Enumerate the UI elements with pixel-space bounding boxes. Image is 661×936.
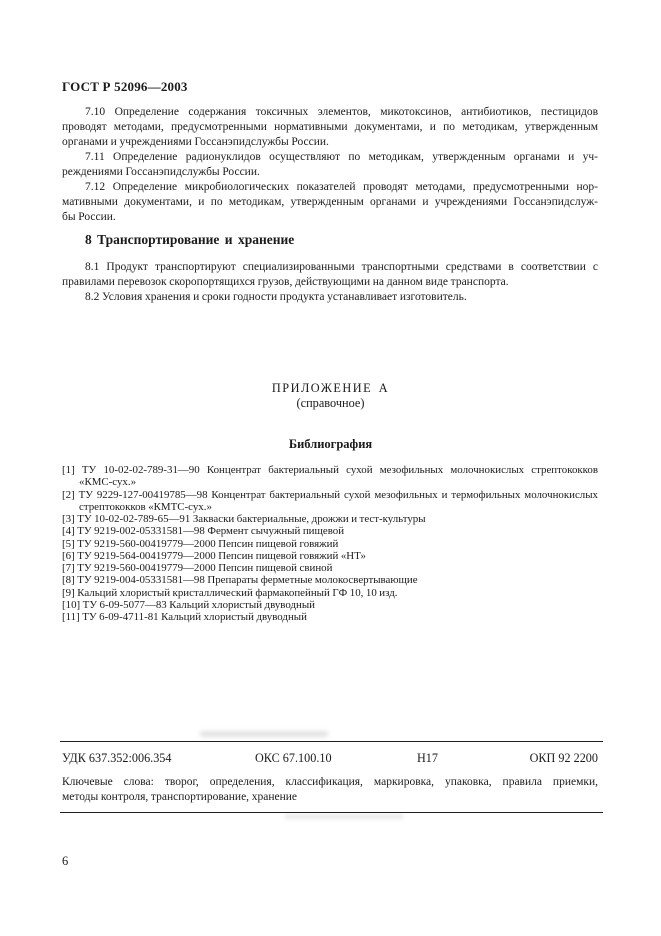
text-line: органами и учреждениями Госсанэпидслужбы… bbox=[62, 135, 598, 150]
clause-paragraph: 7.11 Определение радионуклидов осуществл… bbox=[62, 150, 598, 180]
bibliography-item: [7] ТУ 9219-560-00419779—2000 Пепсин пищ… bbox=[62, 562, 598, 574]
text-line: [8] ТУ 9219-004-05331581—98 Препараты фе… bbox=[62, 574, 598, 586]
section-8-heading: 8 Транспортирование и хранение bbox=[85, 232, 294, 248]
text-line: правилами перевозок скоропортящихся груз… bbox=[62, 275, 598, 290]
clause-paragraph: 8.1 Продукт транспортируют специализиров… bbox=[62, 260, 598, 290]
bibliography-title: Библиография bbox=[0, 437, 661, 452]
bibliography-item: [8] ТУ 9219-004-05331581—98 Препараты фе… bbox=[62, 574, 598, 586]
scan-bleed-artifact bbox=[200, 731, 328, 737]
oks-code: ОКС 67.100.10 bbox=[255, 751, 332, 766]
keywords-paragraph: Ключевые слова: творог, определения, кла… bbox=[62, 775, 598, 805]
clause-7-paragraphs: 7.10 Определение содержания токсичных эл… bbox=[62, 105, 598, 225]
bibliography-item: [3] ТУ 10-02-02-789-65—91 Закваски бакте… bbox=[62, 513, 598, 525]
text-line: Ключевые слова: творог, определения, кла… bbox=[62, 775, 598, 790]
bibliography-list: [1] ТУ 10-02-02-789-31—90 Концентрат бак… bbox=[62, 464, 598, 623]
text-line: [4] ТУ 9219-002-05331581—98 Фермент сычу… bbox=[62, 525, 598, 537]
clause-paragraph: 7.10 Определение содержания токсичных эл… bbox=[62, 105, 598, 150]
bibliography-item: [2] ТУ 9229-127-00419785—98 Концентрат б… bbox=[62, 489, 598, 514]
text-line: мативными документами, и по методикам, у… bbox=[62, 195, 598, 210]
udk-code: УДК 637.352:006.354 bbox=[62, 751, 172, 766]
text-line: [9] Кальций хлористый кристаллический фа… bbox=[62, 587, 598, 599]
bibliography-item: [1] ТУ 10-02-02-789-31—90 Концентрат бак… bbox=[62, 464, 598, 489]
text-line: 7.10 Определение содержания токсичных эл… bbox=[62, 105, 598, 120]
clause-8-paragraphs: 8.1 Продукт транспортируют специализиров… bbox=[62, 260, 598, 305]
keywords-block: Ключевые слова: творог, определения, кла… bbox=[62, 775, 598, 805]
text-line: [10] ТУ 6-09-5077—83 Кальций хлористый д… bbox=[62, 599, 598, 611]
text-line: бы России. bbox=[62, 210, 598, 225]
text-line: [3] ТУ 10-02-02-789-65—91 Закваски бакте… bbox=[62, 513, 598, 525]
text-line: [7] ТУ 9219-560-00419779—2000 Пепсин пищ… bbox=[62, 562, 598, 574]
n-code: Н17 bbox=[417, 751, 438, 766]
text-line: методы контроля, транспортирование, хран… bbox=[62, 790, 598, 805]
text-line: «КМС-сух.» bbox=[62, 476, 598, 488]
bibliography-item: [4] ТУ 9219-002-05331581—98 Фермент сычу… bbox=[62, 525, 598, 537]
text-line: [1] ТУ 10-02-02-789-31—90 Концентрат бак… bbox=[62, 464, 598, 476]
okp-code: ОКП 92 2200 bbox=[530, 751, 598, 766]
text-line: стрептококков «КМТС-сух.» bbox=[62, 501, 598, 513]
scan-bleed-artifact bbox=[285, 814, 403, 819]
page-number: 6 bbox=[62, 854, 68, 869]
bibliography-item: [5] ТУ 9219-560-00419779—2000 Пепсин пищ… bbox=[62, 538, 598, 550]
footer-top-rule bbox=[60, 741, 603, 742]
text-line: [2] ТУ 9229-127-00419785—98 Концентрат б… bbox=[62, 489, 598, 501]
text-line: 7.12 Определение микробиологических пока… bbox=[62, 180, 598, 195]
text-line: [11] ТУ 6-09-4711-81 Кальций хлористый д… bbox=[62, 611, 598, 623]
document-page: ГОСТ Р 52096—2003 7.10 Определение содер… bbox=[0, 0, 661, 936]
text-line: проводят методами, предусмотренными норм… bbox=[62, 120, 598, 135]
bibliography-item: [10] ТУ 6-09-5077—83 Кальций хлористый д… bbox=[62, 599, 598, 611]
clause-paragraph: 7.12 Определение микробиологических пока… bbox=[62, 180, 598, 225]
bibliography-item: [11] ТУ 6-09-4711-81 Кальций хлористый д… bbox=[62, 611, 598, 623]
appendix-subtitle: (справочное) bbox=[0, 396, 661, 411]
footer-bottom-rule bbox=[60, 812, 603, 813]
text-line: [6] ТУ 9219-564-00419779—2000 Пепсин пищ… bbox=[62, 550, 598, 562]
doc-code-header: ГОСТ Р 52096—2003 bbox=[62, 79, 188, 95]
bibliography-item: [9] Кальций хлористый кристаллический фа… bbox=[62, 587, 598, 599]
text-line: реждениями Госсанэпидслужбы России. bbox=[62, 165, 598, 180]
text-line: 8.1 Продукт транспортируют специализиров… bbox=[62, 260, 598, 275]
text-line: [5] ТУ 9219-560-00419779—2000 Пепсин пищ… bbox=[62, 538, 598, 550]
clause-paragraph: 8.2 Условия хранения и сроки годности пр… bbox=[62, 290, 598, 305]
appendix-title: ПРИЛОЖЕНИЕ А bbox=[0, 381, 661, 396]
classification-codes-row: УДК 637.352:006.354 ОКС 67.100.10 Н17 ОК… bbox=[62, 751, 598, 767]
bibliography-item: [6] ТУ 9219-564-00419779—2000 Пепсин пищ… bbox=[62, 550, 598, 562]
text-line: 8.2 Условия хранения и сроки годности пр… bbox=[62, 290, 598, 305]
text-line: 7.11 Определение радионуклидов осуществл… bbox=[62, 150, 598, 165]
appendix-heading-block: ПРИЛОЖЕНИЕ А (справочное) bbox=[0, 381, 661, 410]
